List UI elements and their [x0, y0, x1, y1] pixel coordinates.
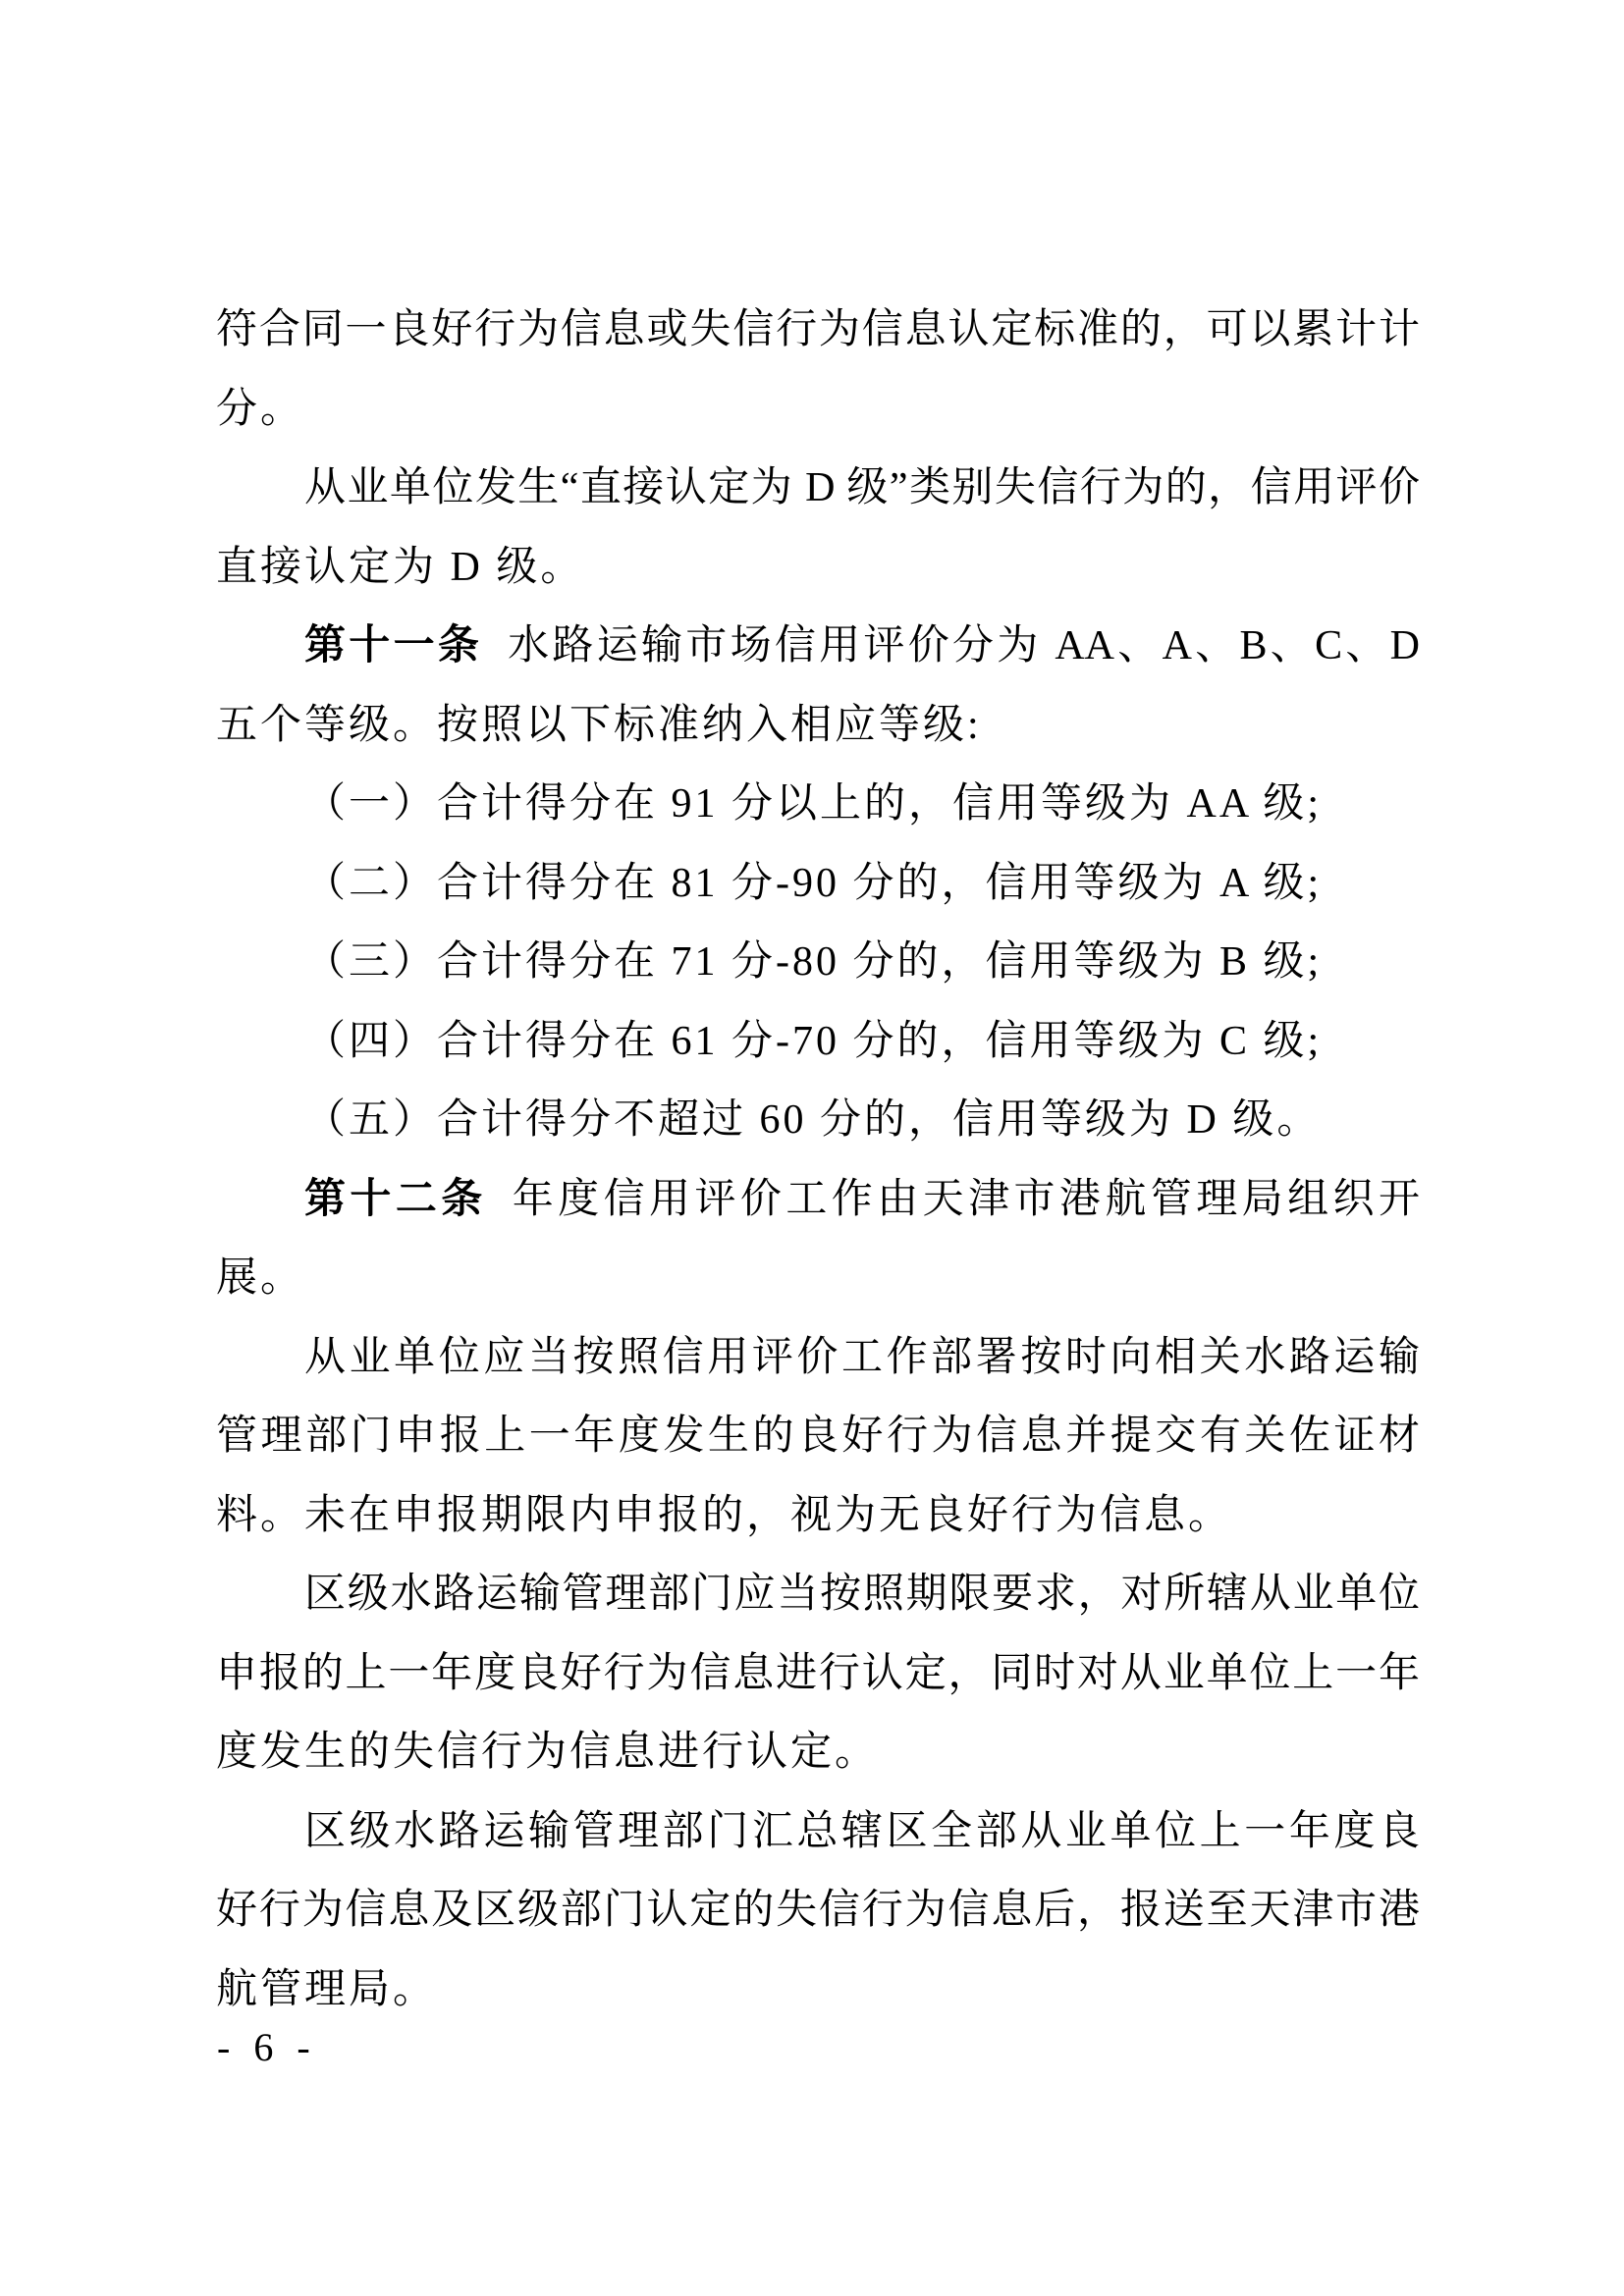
line-text: 料。未在申报期限内申报的，视为无良好行为信息。 — [216, 1493, 1232, 1538]
line-text: 航管理局。 — [216, 1967, 437, 2012]
text-line: 分。 — [216, 370, 1420, 450]
text-line: 申报的上一年度良好行为信息进行认定，同时对从业单位上一年 — [216, 1634, 1420, 1714]
text-line: （四）合计得分在 61 分-70 分的，信用等级为 C 级; — [216, 1002, 1420, 1082]
document-text: 符合同一良好行为信息或失信行为信息认定标准的，可以累计计 分。 从业单位发生“直… — [216, 291, 1420, 2029]
line-text: 度发生的失信行为信息进行认定。 — [216, 1730, 879, 1775]
document-page: { "page": { "background_color": "#ffffff… — [0, 0, 1624, 2296]
text-line: 从业单位应当按照信用评价工作部署按时向相关水路运输 — [216, 1318, 1420, 1398]
line-text: 水路运输市场信用评价分为 AA、A、B、C、D — [508, 623, 1420, 668]
line-text: 区级水路运输管理部门汇总辖区全部从业单位上一年度良 — [304, 1809, 1420, 1854]
text-line: （一）合计得分在 91 分以上的，信用等级为 AA 级; — [216, 765, 1420, 844]
line-text: 管理部门申报上一年度发生的良好行为信息并提交有关佐证材 — [216, 1414, 1420, 1459]
text-line: 展。 — [216, 1239, 1420, 1318]
article-number: 第十一条 — [304, 623, 482, 668]
article-number: 第十二条 — [304, 1177, 487, 1222]
text-line: 第十一条水路运输市场信用评价分为 AA、A、B、C、D — [216, 607, 1420, 686]
text-line: 第十二条年度信用评价工作由天津市港航管理局组织开 — [216, 1160, 1420, 1240]
text-line: 区级水路运输管理部门汇总辖区全部从业单位上一年度良 — [216, 1792, 1420, 1872]
line-text: 从业单位应当按照信用评价工作部署按时向相关水路运输 — [304, 1335, 1420, 1380]
line-text: （四）合计得分在 61 分-70 分的，信用等级为 C 级; — [304, 1019, 1322, 1064]
line-text: 区级水路运输管理部门应当按照期限要求，对所辖从业单位 — [304, 1572, 1420, 1617]
text-line: （五）合计得分不超过 60 分的，信用等级为 D 级。 — [216, 1081, 1420, 1160]
text-line: 符合同一良好行为信息或失信行为信息认定标准的，可以累计计 — [216, 291, 1420, 370]
line-text: 年度信用评价工作由天津市港航管理局组织开 — [513, 1177, 1420, 1222]
line-text: 符合同一良好行为信息或失信行为信息认定标准的，可以累计计 — [216, 307, 1420, 352]
text-line: （二）合计得分在 81 分-90 分的，信用等级为 A 级; — [216, 844, 1420, 924]
text-line: 度发生的失信行为信息进行认定。 — [216, 1713, 1420, 1792]
text-line: 五个等级。按照以下标准纳入相应等级: — [216, 686, 1420, 766]
text-line: 区级水路运输管理部门应当按照期限要求，对所辖从业单位 — [216, 1555, 1420, 1634]
text-line: 直接认定为 D 级。 — [216, 528, 1420, 608]
text-line: 管理部门申报上一年度发生的良好行为信息并提交有关佐证材 — [216, 1397, 1420, 1476]
text-line: 从业单位发生“直接认定为 D 级”类别失信行为的，信用评价 — [216, 449, 1420, 528]
line-text: 从业单位发生“直接认定为 D 级”类别失信行为的，信用评价 — [304, 465, 1420, 510]
text-line: 料。未在申报期限内申报的，视为无良好行为信息。 — [216, 1476, 1420, 1556]
text-line: （三）合计得分在 71 分-80 分的，信用等级为 B 级; — [216, 923, 1420, 1002]
line-text: 好行为信息及区级部门认定的失信行为信息后，报送至天津市港 — [216, 1888, 1420, 1933]
page-number: - 6 - — [217, 2024, 317, 2071]
line-text: 申报的上一年度良好行为信息进行认定，同时对从业单位上一年 — [216, 1651, 1420, 1696]
text-line: 好行为信息及区级部门认定的失信行为信息后，报送至天津市港 — [216, 1871, 1420, 1950]
line-text: 展。 — [216, 1255, 304, 1301]
text-line: 航管理局。 — [216, 1950, 1420, 2030]
line-text: （五）合计得分不超过 60 分的，信用等级为 D 级。 — [304, 1097, 1321, 1143]
line-text: 分。 — [216, 387, 304, 432]
line-text: 五个等级。按照以下标准纳入相应等级: — [216, 703, 982, 748]
line-text: （三）合计得分在 71 分-80 分的，信用等级为 B 级; — [304, 939, 1322, 985]
line-text: 直接认定为 D 级。 — [216, 545, 584, 590]
line-text: （二）合计得分在 81 分-90 分的，信用等级为 A 级; — [304, 861, 1322, 906]
line-text: （一）合计得分在 91 分以上的，信用等级为 AA 级; — [304, 781, 1322, 827]
